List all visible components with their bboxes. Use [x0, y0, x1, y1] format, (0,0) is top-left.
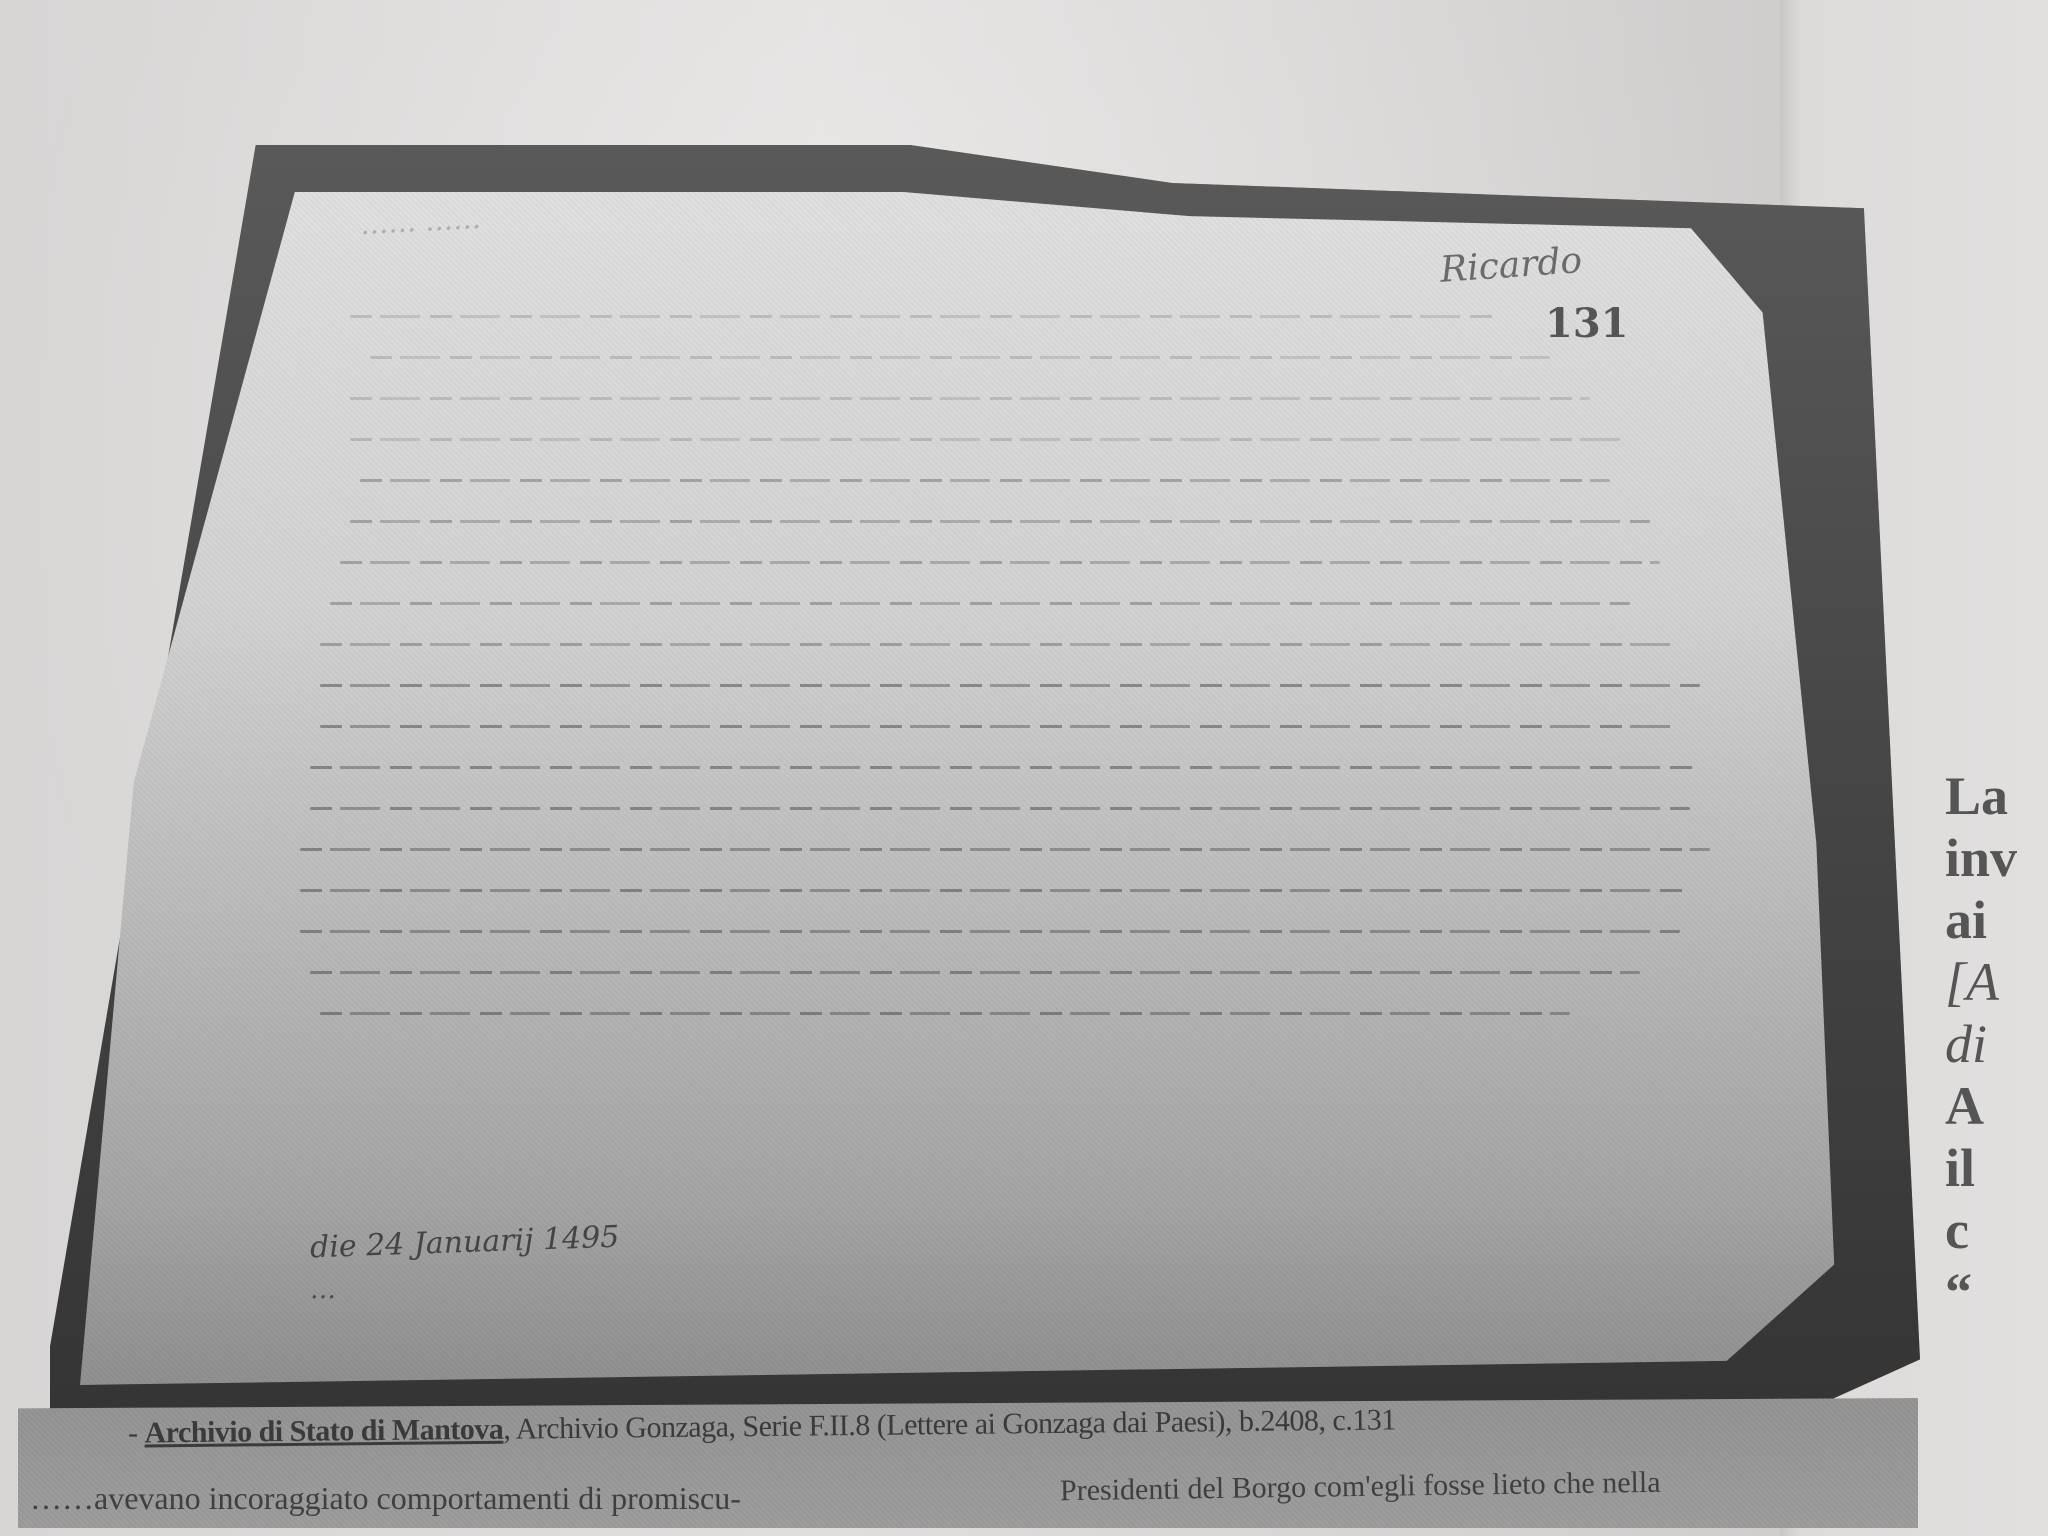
- handwriting-line: [360, 479, 1610, 482]
- right-column-line: inv: [1945, 827, 2048, 889]
- caption-prefix: -: [128, 1416, 145, 1449]
- right-column-line: di: [1945, 1013, 2048, 1075]
- handwriting-line: [370, 356, 1550, 359]
- right-column-line: [A: [1945, 951, 2048, 1013]
- right-column-line: La: [1945, 765, 2048, 827]
- handwriting-line: [330, 602, 1630, 605]
- handwriting-line: [300, 930, 1680, 933]
- manuscript-signature: …: [310, 1275, 336, 1305]
- handwriting-line: [320, 643, 1680, 646]
- handwriting-line: [350, 315, 1500, 318]
- handwriting-line: [340, 561, 1660, 564]
- handwriting-line: [300, 889, 1690, 892]
- handwriting-line: [350, 520, 1650, 523]
- handwriting-line: [320, 1012, 1570, 1015]
- right-column-line: c: [1945, 1199, 2048, 1261]
- right-column-line: ai: [1945, 889, 2048, 951]
- handwriting-line: [310, 766, 1700, 769]
- right-column-line: il: [1945, 1137, 2048, 1199]
- right-column-line: “: [1945, 1261, 2048, 1323]
- archive-link[interactable]: Archivio di Stato di Mantova: [144, 1413, 503, 1450]
- handwriting-line: [350, 397, 1590, 400]
- handwriting-line: [350, 438, 1620, 441]
- right-column-line: A: [1945, 1075, 2048, 1137]
- handwriting-line: [300, 848, 1710, 851]
- manuscript-handwriting: [350, 315, 1750, 1053]
- handwriting-line: [310, 807, 1690, 810]
- handwriting-line: [320, 725, 1680, 728]
- handwriting-line: [320, 684, 1700, 687]
- handwriting-line: [310, 971, 1640, 974]
- manuscript-header-left: …… ……: [359, 202, 481, 241]
- body-text-left: ……avevano incoraggiato comportamenti di …: [30, 1480, 741, 1517]
- right-column-text: La inv ai [A di A il c “: [1945, 765, 2048, 1323]
